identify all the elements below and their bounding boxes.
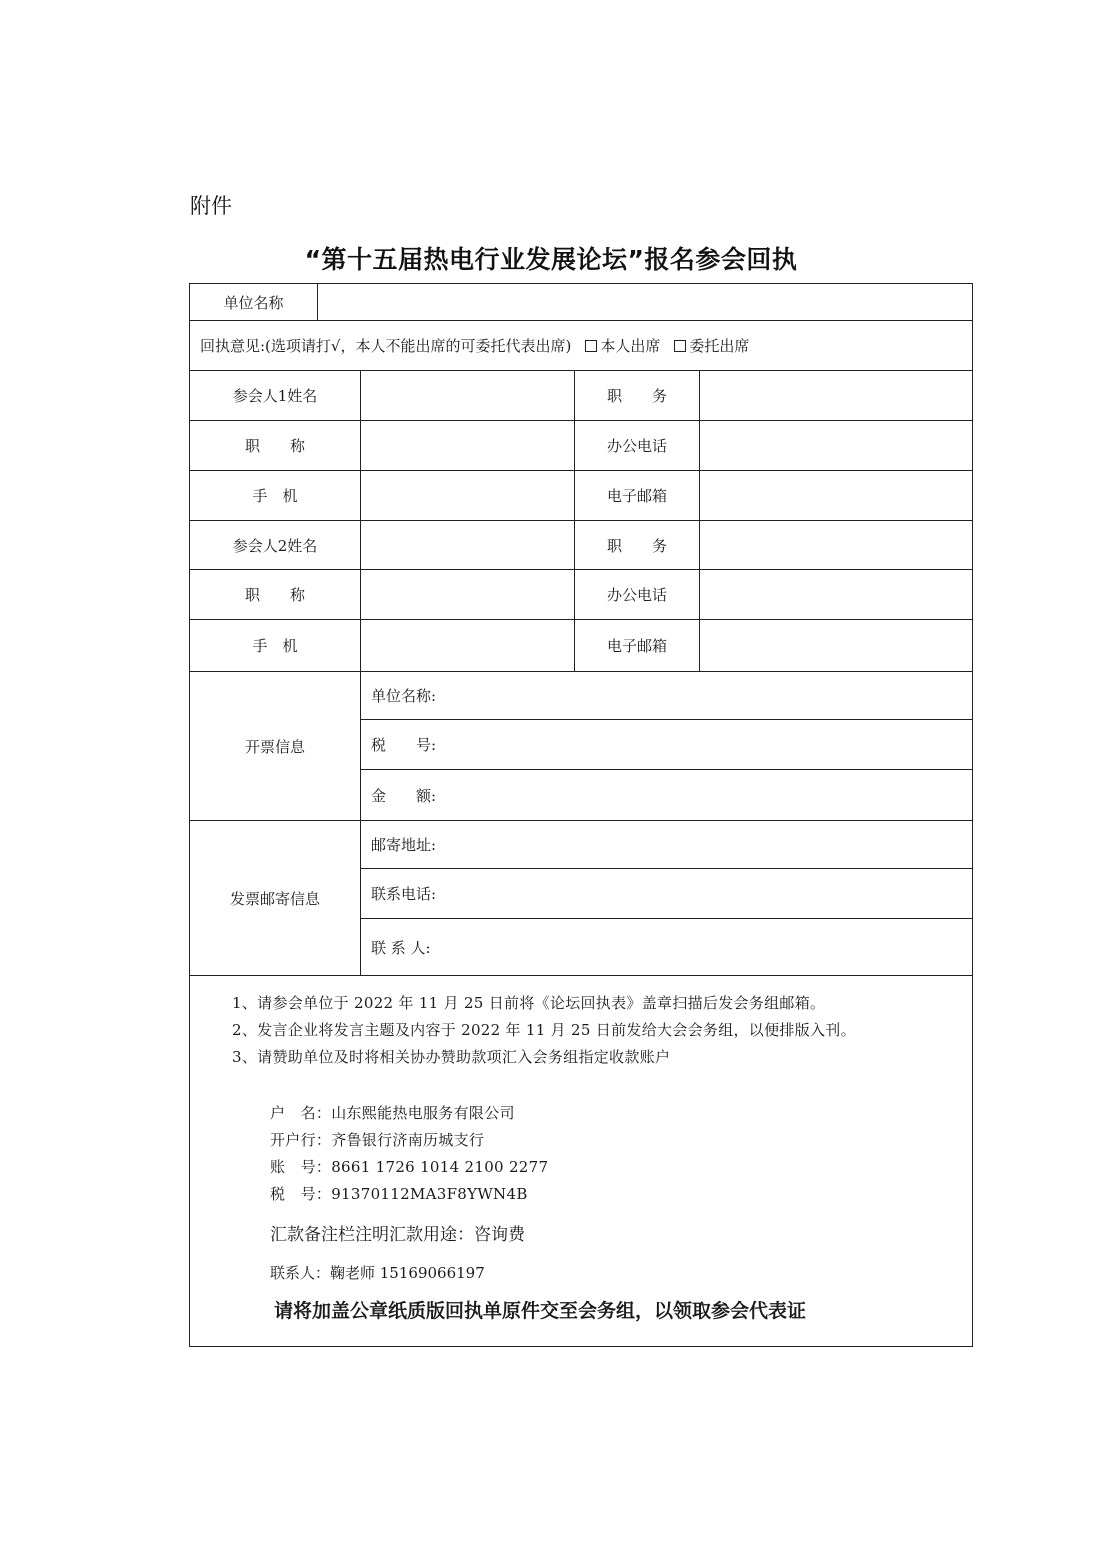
invoice-section: 开票信息 单位名称: 税 号: 金 额: [190,672,972,821]
invoice-section-label: 开票信息 [190,672,361,820]
attendee1-email-label: 电子邮箱 [575,471,700,520]
invoice-unit-name-label: 单位名称: [371,685,436,706]
attendee1-mobile-label: 手 机 [190,471,361,520]
mailing-phone-field[interactable]: 联系电话: [361,869,972,919]
reply-row: 回执意见:(选项请打√，本人不能出席的可委托代表出席) 本人出席 委托出席 [190,321,972,371]
invoice-amount-label: 金 额: [371,785,436,806]
account-bank: 开户行：齐鲁银行济南历城支行 [270,1129,484,1150]
unit-name-row: 单位名称 [190,284,972,321]
mailing-contact-field[interactable]: 联 系 人: [361,919,972,975]
attendee1-position-field[interactable] [700,371,972,420]
unit-name-label: 单位名称 [190,284,318,320]
final-notice: 请将加盖公章纸质版回执单原件交至会务组，以领取参会代表证 [274,1296,806,1323]
attendee2-row3: 手 机 电子邮箱 [190,620,972,672]
attendee2-position-field[interactable] [700,521,972,569]
unit-name-field[interactable] [318,284,972,320]
registration-form: 单位名称 回执意见:(选项请打√，本人不能出席的可委托代表出席) 本人出席 委托… [189,283,973,1347]
attendee2-name-field[interactable] [361,521,575,569]
attendee1-row2: 职 称 办公电话 [190,421,972,471]
attendee2-office-phone-label: 办公电话 [575,570,700,619]
mailing-contact-label: 联 系 人: [371,937,431,958]
account-name: 户 名：山东熙能热电服务有限公司 [270,1102,515,1123]
invoice-amount-field[interactable]: 金 额: [361,770,972,820]
reply-instruction: 回执意见:(选项请打√，本人不能出席的可委托代表出席) [200,335,571,356]
mailing-address-field[interactable]: 邮寄地址: [361,821,972,869]
attendee1-name-field[interactable] [361,371,575,420]
page-title: “第十五届热电行业发展论坛”报名参会回执 [0,240,1102,276]
attendee1-row3: 手 机 电子邮箱 [190,471,972,521]
attendee2-title-field[interactable] [361,570,575,619]
attendee2-mobile-label: 手 机 [190,620,361,671]
mailing-address-label: 邮寄地址: [371,834,436,855]
account-number: 账 号：8661 1726 1014 2100 2277 [270,1156,548,1177]
attendee1-mobile-field[interactable] [361,471,575,520]
mailing-section: 发票邮寄信息 邮寄地址: 联系电话: 联 系 人: [190,821,972,976]
mailing-section-label: 发票邮寄信息 [190,821,361,975]
attendee2-position-label: 职 务 [575,521,700,569]
attend-self-label: 本人出席 [600,335,660,356]
attendee1-name-label: 参会人1姓名 [190,371,361,420]
account-tax: 税 号：91370112MA3F8YWN4B [270,1183,528,1204]
note-item-2: 2、发言企业将发言主题及内容于 2022 年 11 月 25 日前发给大会会务组… [232,1019,856,1040]
attendee2-row1: 参会人2姓名 职 务 [190,521,972,570]
mailing-phone-label: 联系电话: [371,883,436,904]
invoice-unit-name-field[interactable]: 单位名称: [361,672,972,720]
attendee2-name-label: 参会人2姓名 [190,521,361,569]
attend-proxy-label: 委托出席 [689,335,749,356]
attendee2-email-label: 电子邮箱 [575,620,700,671]
invoice-tax-no-field[interactable]: 税 号: [361,720,972,770]
attendee1-title-label: 职 称 [190,421,361,470]
attendee2-office-phone-field[interactable] [700,570,972,619]
attendee2-title-label: 职 称 [190,570,361,619]
contact-person: 联系人：鞠老师 15169066197 [270,1262,485,1283]
attend-proxy-checkbox[interactable] [674,340,686,352]
notes-section: 1、请参会单位于 2022 年 11 月 25 日前将《论坛回执表》盖章扫描后发… [190,974,972,1346]
attendee1-title-field[interactable] [361,421,575,470]
attendee1-office-phone-label: 办公电话 [575,421,700,470]
invoice-tax-no-label: 税 号: [371,734,436,755]
payment-remark: 汇款备注栏注明汇款用途：咨询费 [270,1220,525,1245]
attachment-label: 附件 [190,190,232,220]
attendee2-row2: 职 称 办公电话 [190,570,972,620]
attendee1-row1: 参会人1姓名 职 务 [190,371,972,421]
attendee1-email-field[interactable] [700,471,972,520]
attendee1-office-phone-field[interactable] [700,421,972,470]
attendee2-email-field[interactable] [700,620,972,671]
note-item-1: 1、请参会单位于 2022 年 11 月 25 日前将《论坛回执表》盖章扫描后发… [232,992,825,1013]
attendee1-position-label: 职 务 [575,371,700,420]
attend-self-checkbox[interactable] [585,340,597,352]
attendee2-mobile-field[interactable] [361,620,575,671]
note-item-3: 3、请赞助单位及时将相关协办赞助款项汇入会务组指定收款账户 [232,1046,670,1067]
